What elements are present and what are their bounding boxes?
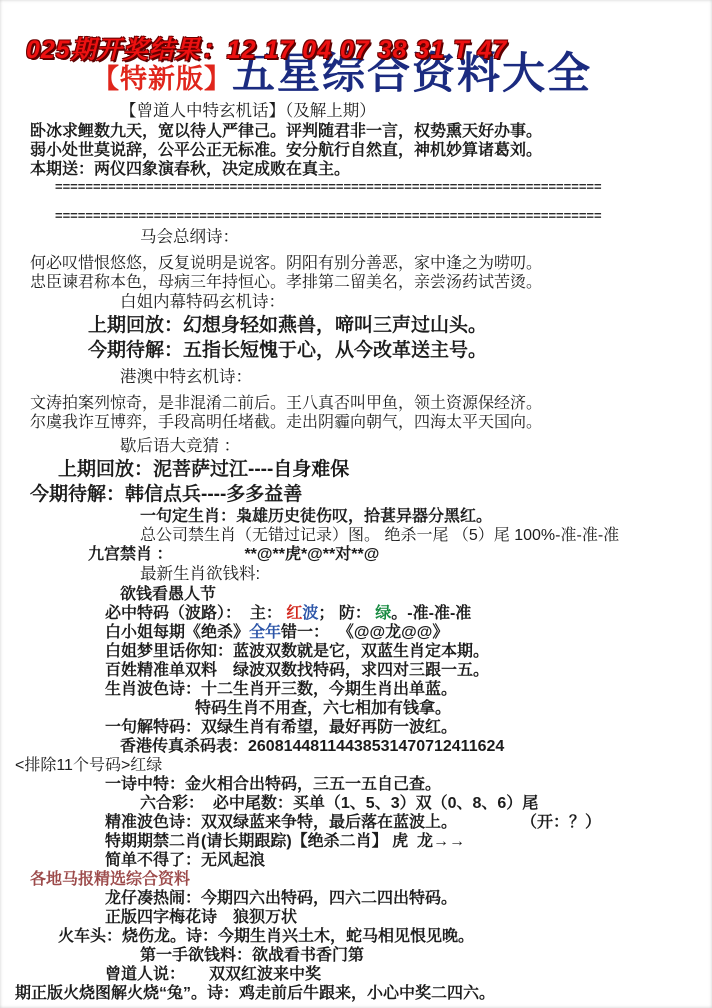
this-issue-line: 今期待解：五指长短愧于心，从今改革送主号。: [0, 338, 712, 363]
section-header-maroon: 各地马报精选综合资料: [0, 870, 712, 889]
gangao-poem-line: 文涛拍案列惊奇，是非混淆二前后。王八真否叫甲鱼，领土资源保经济。: [0, 394, 712, 413]
diyishou-line: 第一手欲钱料：欲战看书香门第: [0, 946, 712, 965]
mahui-header: 马会总纲诗：: [0, 227, 712, 248]
this-issue-line: 今期待解：韩信点兵----多多益善: [0, 482, 712, 507]
yijuding-line: 一句定生肖：枭雄历史徒伤叹，拾葚异器分黑红。: [0, 507, 712, 526]
huochetou-line: 火车头：烧伤龙。诗：今期生肖兴土木，蛇马相见恨见晚。: [0, 927, 712, 946]
paichu-line: <排除11个号码>红绿: [0, 756, 712, 775]
jinxiao-line: 特期期禁二肖(请长期跟踪)【绝杀二肖】 虎 龙→→: [0, 832, 712, 851]
jingzhun-line: 精准波色诗：双双绿蓝来争特，最后落在蓝波上。 （开：？）: [0, 813, 712, 832]
last-issue-line: 上期回放：幻想身轻如燕兽，啼叫三声过山头。: [0, 313, 712, 338]
huoshao-line: 期正版火烧图解火烧“兔”。诗：鸡走前后牛跟来，小心中奖二四六。: [0, 984, 712, 1003]
mahui-poem-line: 忠臣谏君称本色，母病三年持恒心。孝排第二留美名，亲尝汤药试苦烫。: [0, 273, 712, 292]
boseshi-line2: 特码生肖不用查，六七相加有钱拿。: [0, 699, 712, 718]
yuqian-line: 欲钱看愚人节: [0, 585, 712, 604]
mystery-poem-line: 卧冰求鲤数九天，宽以待人严律己。评判随君非一言，权势熏天好办事。: [0, 122, 712, 141]
lottery-sheet-page: 025期开奖结果：12 17 04 07 38 31 T 47 【特新版】 五星…: [0, 0, 712, 1008]
chuanzhen-line: 香港传真杀码表：26081448114438531470712411624: [0, 737, 712, 756]
jiugong-line: 九宫禁肖 ： **@**虎*@**对**@: [0, 545, 712, 564]
benqisong-line: 本期送：两仪四象演春秋，决定成败在真主。: [0, 160, 712, 179]
mengli-line: 白姐梦里话你知：蓝波双数就是它，双蓝生肖定本期。: [0, 642, 712, 661]
divider: ========================================…: [0, 179, 712, 194]
last-issue-line: 上期回放：泥菩萨过江----自身难保: [0, 457, 712, 482]
bizhong-line: 必中特码（波路）： 主： 红波； 防： 绿。-准-准-准: [0, 604, 712, 623]
text-segment: 白小姐每期《绝杀》: [105, 624, 249, 641]
text-segment: 。-准-准-准: [391, 605, 471, 622]
text-segment: 波: [302, 605, 318, 622]
mystery-poem-line: 弱小处世莫说辞，公平公正无标准。安分航行自然直，神机妙算诸葛刘。: [0, 141, 712, 160]
text-segment: 绿: [375, 605, 391, 622]
xiehouyu-header: 歇后语大竞猜 ：: [0, 436, 712, 457]
draw-result-banner: 025期开奖结果：12 17 04 07 38 31 T 47: [26, 30, 712, 66]
danshuang-line: 百姓精准单双料 绿波双数找特码，求四对三跟一五。: [0, 661, 712, 680]
yishi-line: 一诗中特：金火相合出特码，三五一五自己查。: [0, 775, 712, 794]
liuhecai-line: 六合彩： 必中尾数：买单（1、5、3）双（0、8、6）尾: [0, 794, 712, 813]
mahui-poem-line: 何必叹惜恨悠悠，反复说明是说客。阴阳有别分善恶，家中逢之为唠叨。: [0, 254, 712, 273]
longzai-line: 龙仔凑热闹：今期四六出特码，四六二四出特码。: [0, 889, 712, 908]
divider: ========================================…: [0, 208, 712, 223]
text-segment: 全年: [249, 624, 281, 641]
text-segment: ； 防：: [318, 605, 375, 622]
zengdaoren-header: 【曾道人中特玄机话】（及解上期）: [0, 101, 712, 122]
text-segment: 必中特码（波路）： 主：: [105, 605, 286, 622]
meihuashi-line: 正版四字梅花诗 狼狈万状: [0, 908, 712, 927]
sheet-lines: 【曾道人中特玄机话】（及解上期）卧冰求鲤数九天，宽以待人严律己。评判随君非一言，…: [0, 101, 712, 1003]
boseshi-line: 生肖波色诗：十二生肖开三数，今期生肖出单蓝。: [0, 680, 712, 699]
yuqian-header: 最新生肖欲钱料:: [0, 564, 712, 585]
baijie-header: 白姐内幕特码玄机诗：: [0, 292, 712, 313]
gangao-header: 港澳中特玄机诗：: [0, 367, 712, 388]
zengdaorenshuo-line: 曾道人说： 双双红波来中奖: [0, 965, 712, 984]
zonggongsi-line: 总公司禁生肖（无错过记录）图。 绝杀一尾 （5）尾 100%-准-准-准: [0, 526, 712, 545]
jiandan-line: 简单不得了：无风起浪: [0, 851, 712, 870]
juesha-line: 白小姐每期《绝杀》全年错一： 《@@龙@@》: [0, 623, 712, 642]
text-segment: 错一： 《@@龙@@》: [281, 624, 448, 641]
text-segment: 红: [286, 605, 302, 622]
gangao-poem-line: 尔虞我诈互博弈，手段高明任堵截。走出阴霾向朝气，四海太平天国向。: [0, 413, 712, 432]
yijujie-line: 一句解特码：双绿生肖有希望，最好再防一波红。: [0, 718, 712, 737]
